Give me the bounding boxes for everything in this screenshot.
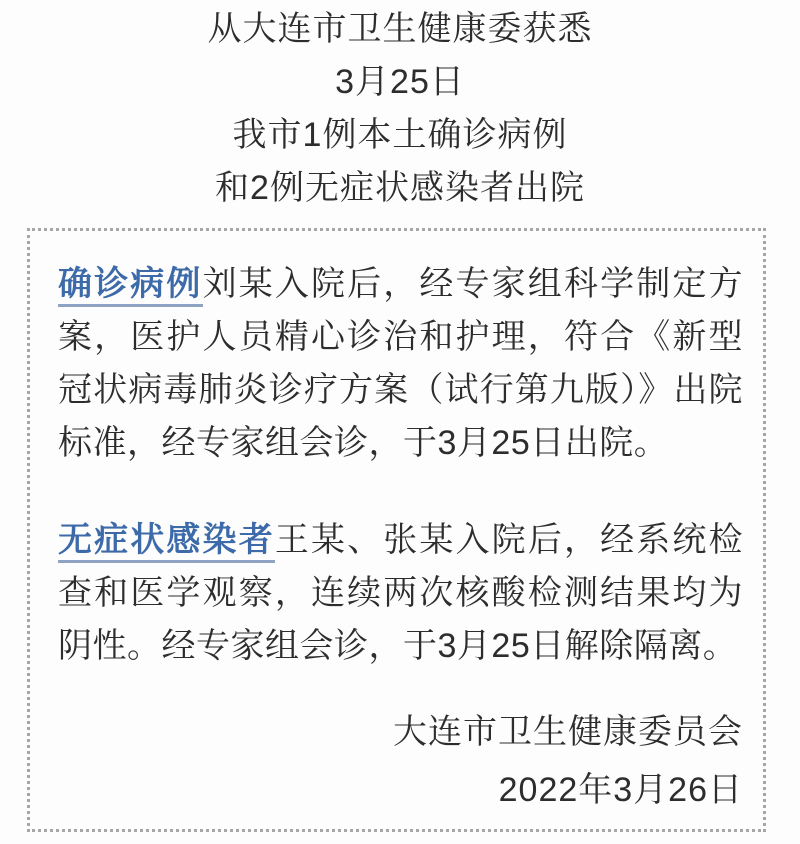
- notice-box: 确诊病例刘某入院后，经专家组科学制定方案，医护人员精心诊治和护理，符合《新型冠状…: [27, 228, 766, 832]
- announcement-header: 从大连市卫生健康委获悉 3月25日 我市1例本土确诊病例 和2例无症状感染者出院: [0, 0, 800, 215]
- header-line-confirmed-case: 我市1例本土确诊病例: [0, 109, 800, 162]
- signature-date: 2022年3月26日: [58, 761, 743, 819]
- announcement-page: 从大连市卫生健康委获悉 3月25日 我市1例本土确诊病例 和2例无症状感染者出院…: [0, 0, 800, 844]
- keyword-confirmed-case: 确诊病例: [58, 265, 203, 307]
- notice-paragraph-asymptomatic: 无症状感染者王某、张某入院后，经系统检查和医学观察，连续两次核酸检测结果均为阴性…: [58, 514, 743, 673]
- header-line-asymptomatic: 和2例无症状感染者出院: [0, 162, 800, 215]
- header-line-source: 从大连市卫生健康委获悉: [0, 3, 800, 56]
- notice-paragraph-confirmed: 确诊病例刘某入院后，经专家组科学制定方案，医护人员精心诊治和护理，符合《新型冠状…: [58, 258, 743, 470]
- signature-block: 大连市卫生健康委员会 2022年3月26日: [58, 703, 743, 819]
- header-line-date: 3月25日: [0, 56, 800, 109]
- signature-organization: 大连市卫生健康委员会: [58, 703, 743, 761]
- keyword-asymptomatic: 无症状感染者: [58, 521, 275, 563]
